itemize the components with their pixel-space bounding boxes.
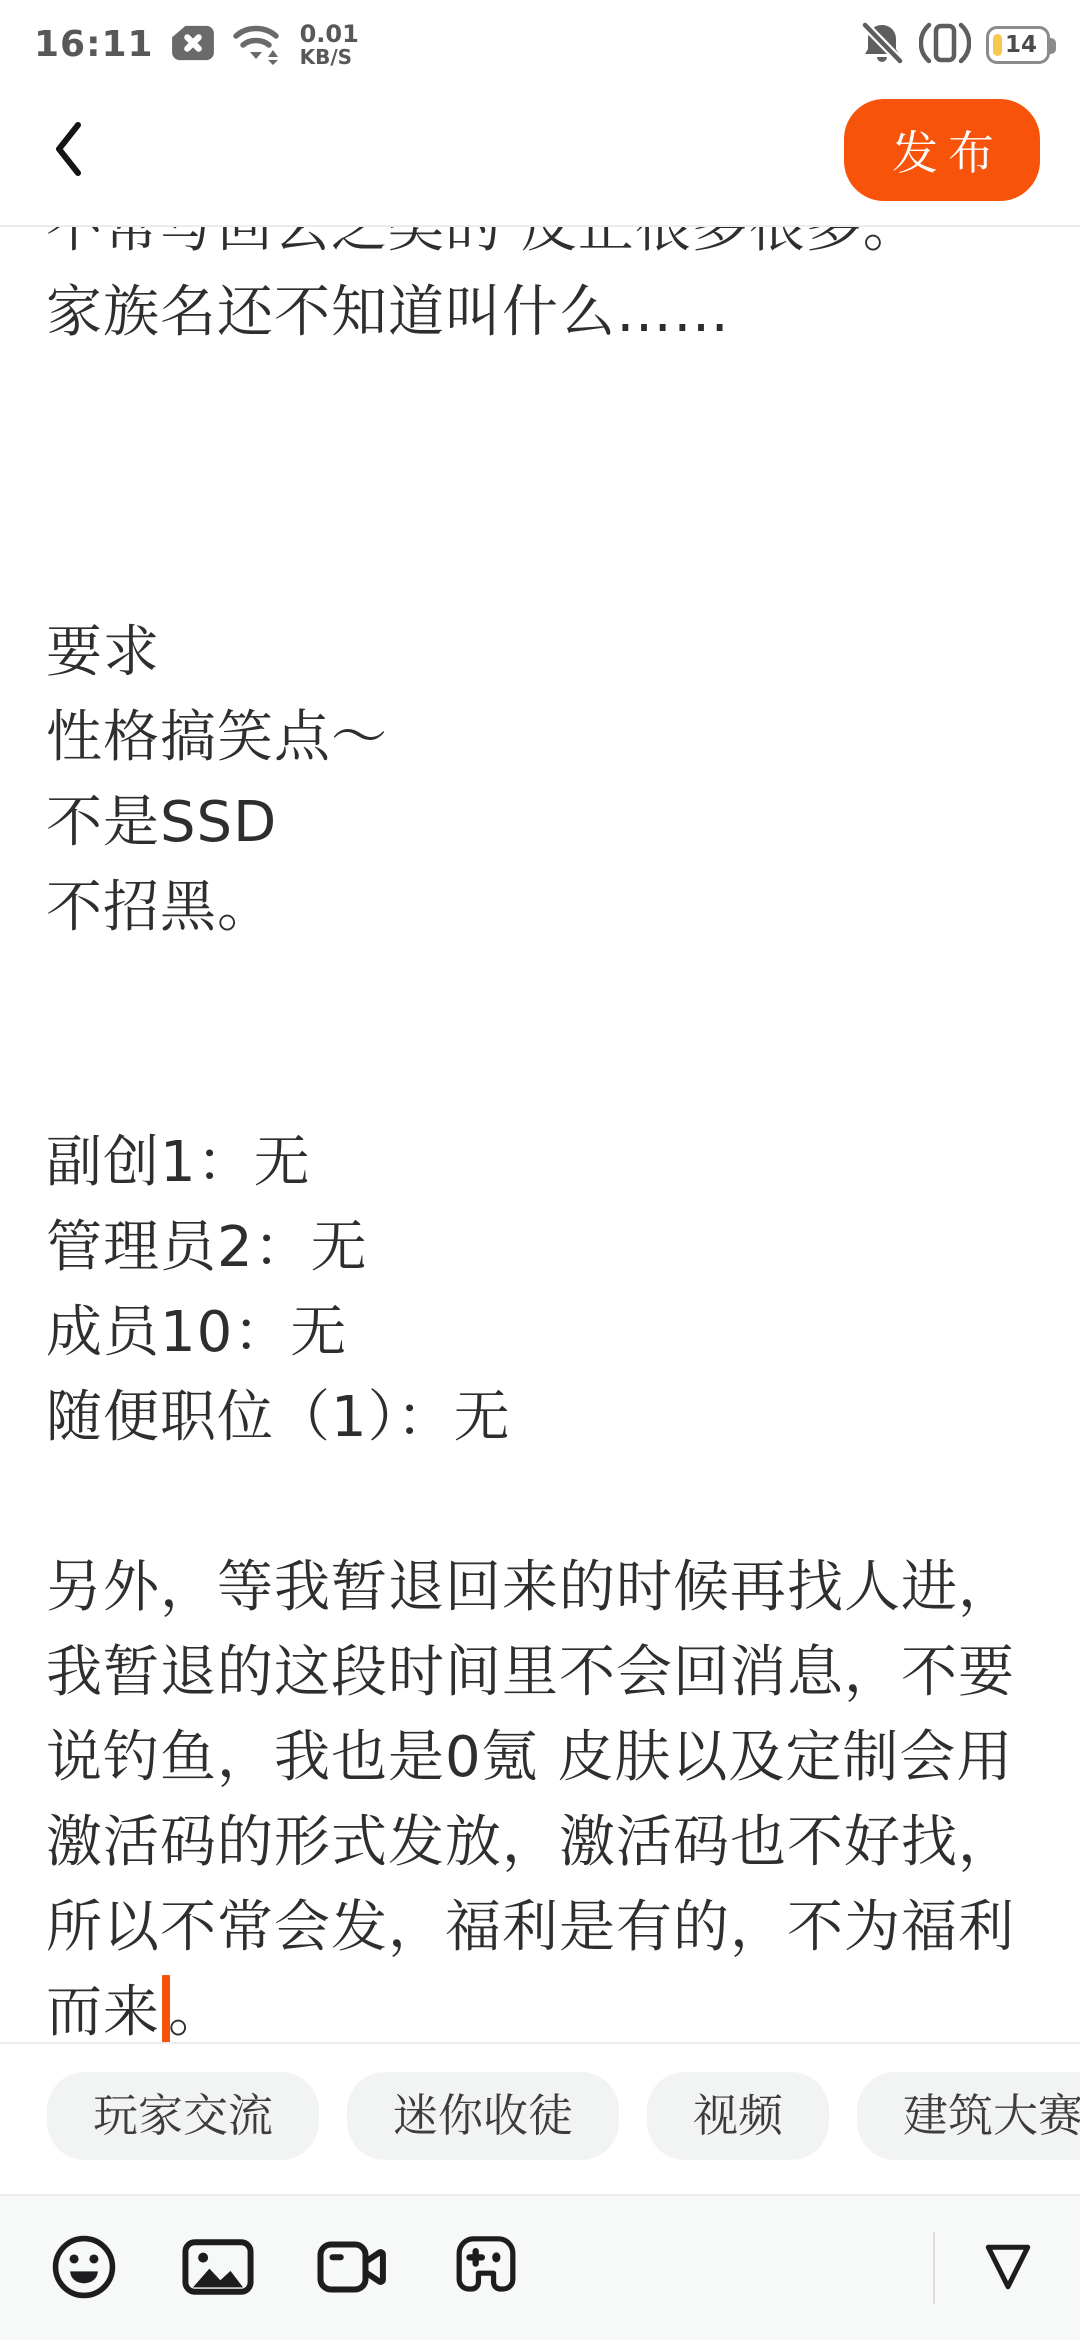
editor-paragraph-text: 另外，等我暂退回来的时候再找人进，我暂退的这段时间里不会回消息，不要说钓鱼，我也… [46,1555,1015,2042]
battery-fill [993,34,1002,56]
battery-indicator: 14 [986,26,1050,64]
screen: 16:11 0.01 KB/S [0,0,1080,2340]
back-button[interactable] [52,115,112,185]
editor-paragraph: 不常写回去之类的 反正很多很多。 [46,227,1038,270]
battery-level: 14 [1005,32,1037,58]
sim-error-icon [170,24,216,66]
status-bar: 16:11 0.01 KB/S [0,0,1080,75]
editor-paragraph: 随便职位（1）：无 [46,1375,1038,1460]
battery-nub [1050,38,1056,54]
editor-paragraph: 家族名还不知道叫什么…… [46,270,1038,355]
header: 发布 [0,75,1080,225]
editor-paragraph: 不招黑。 [46,865,1038,950]
attachment-toolbar [0,2194,1080,2340]
tag-chip-mini-apprentice[interactable]: 迷你收徒 [347,2072,619,2160]
game-button[interactable] [450,2232,522,2304]
editor-paragraph [46,1460,1038,1545]
editor-paragraph [46,525,1038,610]
status-bar-right: 14 [860,21,1050,69]
editor-paragraph-end: 。 [168,1980,225,2042]
net-speed-unit: KB/S [300,47,352,68]
triangle-down-icon [978,2240,1038,2297]
video-button[interactable] [316,2232,388,2304]
game-controller-icon [453,2232,519,2305]
wifi-icon [232,21,284,69]
video-icon [316,2235,388,2302]
post-editor[interactable]: 不常写回去之类的 反正很多很多。 家族名还不知道叫什么…… 要求 性格搞笑点～ … [0,227,1080,2042]
status-bar-left: 16:11 0.01 KB/S [34,21,359,69]
editor-paragraph [46,950,1038,1035]
emoji-icon [49,2232,119,2305]
tag-chip-player-chat[interactable]: 玩家交流 [47,2072,319,2160]
publish-button[interactable]: 发布 [844,99,1040,201]
editor-paragraph: 不是SSD [46,780,1038,865]
vibrate-icon [919,22,971,68]
editor-paragraph: 成员10：无 [46,1290,1038,1375]
editor-paragraph: 性格搞笑点～ [46,695,1038,780]
tag-chip-building-contest[interactable]: 建筑大赛 [857,2072,1080,2160]
editor-paragraph [46,1035,1038,1120]
image-icon [182,2238,254,2299]
editor-paragraph: 另外，等我暂退回来的时候再找人进，我暂退的这段时间里不会回消息，不要说钓鱼，我也… [46,1545,1038,2042]
editor-paragraph [46,355,1038,440]
editor-paragraph [46,440,1038,525]
net-speed-value: 0.01 [300,22,359,47]
editor-paragraph: 管理员2：无 [46,1205,1038,1290]
net-speed: 0.01 KB/S [300,22,359,68]
toolbar-divider [933,2232,935,2304]
emoji-button[interactable] [48,2232,120,2304]
editor-paragraph: 要求 [46,610,1038,695]
tag-bar: 玩家交流 迷你收徒 视频 建筑大赛 [0,2044,1080,2194]
editor-paragraph: 副创1：无 [46,1120,1038,1205]
notifications-off-icon [860,21,904,69]
clock-label: 16:11 [34,24,154,65]
chevron-left-icon [52,120,84,181]
tag-chip-video[interactable]: 视频 [647,2072,829,2160]
image-button[interactable] [182,2232,254,2304]
collapse-keyboard-button[interactable] [970,2232,1046,2304]
